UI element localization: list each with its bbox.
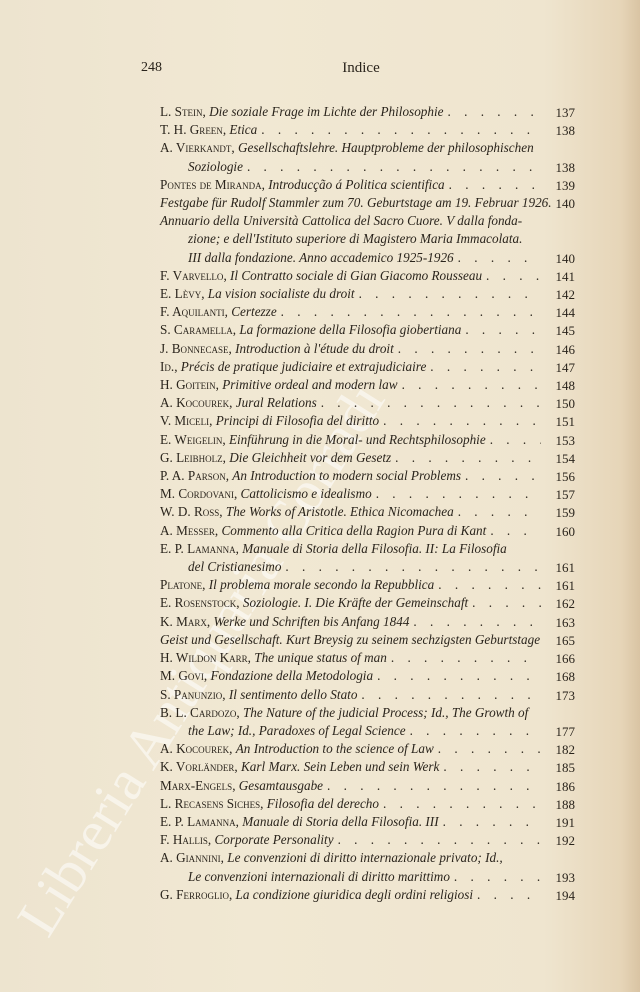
entry-line: G. Ferroglio, La condizione giuridica de… — [160, 886, 541, 904]
entry-line: A. Giannini, Le convenzioni di diritto i… — [160, 849, 541, 867]
leader-dots — [486, 267, 541, 285]
leader-dots — [261, 121, 541, 139]
entry-line: L. Stein, Die soziale Frage im Lichte de… — [160, 103, 541, 121]
entry-page-number: 140 — [547, 195, 575, 213]
entry-title: Manuale di Storia della Filosofia. II: L… — [242, 541, 506, 556]
entry-title: Il sentimento dello Stato — [229, 687, 358, 702]
index-entry: P. A. Parson, An Introduction to modern … — [160, 467, 575, 485]
index-list: L. Stein, Die soziale Frage im Lichte de… — [160, 103, 575, 904]
entry-line: F. Hallis, Corporate Personality — [160, 831, 541, 849]
running-title: Indice — [141, 60, 581, 77]
entry-author: V. Miceli — [160, 413, 209, 428]
entry-page-number: 146 — [547, 341, 575, 359]
index-entry: F. Varvello, Il Contratto sociale di Gia… — [160, 267, 575, 285]
entry-page-number: 138 — [547, 159, 575, 177]
index-entry: A. Kocourek, Jural Relations150 — [160, 394, 575, 412]
leader-dots — [395, 449, 541, 467]
entry-title: Gesamtausgabe — [239, 778, 323, 793]
entry-line: K. Vorländer, Karl Marx. Sein Leben und … — [160, 758, 541, 776]
leader-dots — [490, 522, 541, 540]
leader-dots — [285, 558, 541, 576]
entry-author: Pontes de Miranda — [160, 177, 262, 192]
entry-line: T. H. Green, Etica — [160, 121, 541, 139]
entry-title: Werke und Schriften bis Anfang 1844 — [213, 614, 409, 629]
index-entry: B. L. Cardozo, The Nature of the judicia… — [160, 704, 575, 740]
leader-dots — [247, 158, 541, 176]
entry-title: Introduction à l'étude du droit — [235, 341, 394, 356]
entry-page-number: 165 — [547, 632, 575, 650]
leader-dots — [398, 340, 541, 358]
entry-title: The Nature of the judicial Process; Id.,… — [243, 705, 528, 720]
entry-line: Annuario della Università Cattolica del … — [160, 212, 541, 230]
entry-title: An Introduction to the science of Law — [236, 741, 434, 756]
entry-page-number: 150 — [547, 395, 575, 413]
entry-page-number: 186 — [547, 778, 575, 796]
entry-line: Soziologie — [160, 158, 541, 176]
entry-author: A. Vierkandt — [160, 140, 231, 155]
entry-author: A. Kocourek — [160, 741, 229, 756]
entry-author: Platone — [160, 577, 202, 592]
entry-page-number: 145 — [547, 322, 575, 340]
entry-page-number: 182 — [547, 741, 575, 759]
entry-page-number: 161 — [547, 559, 575, 577]
leader-dots — [458, 249, 541, 267]
leader-dots — [430, 358, 541, 376]
entry-page-number: 162 — [547, 595, 575, 613]
entry-author: J. Bonnecase — [160, 341, 229, 356]
entry-author: F. Hallis — [160, 832, 208, 847]
leader-dots — [458, 503, 541, 521]
entry-author: M. Govi — [160, 668, 204, 683]
entry-author: E. Rosenstock — [160, 595, 236, 610]
index-entry: M. Govi, Fondazione della Metodologia168 — [160, 667, 575, 685]
entry-author: M. Cordovani — [160, 486, 234, 501]
entry-author: A. Kocourek — [160, 395, 229, 410]
entry-author: W. D. Ross — [160, 504, 219, 519]
leader-dots — [383, 412, 541, 430]
entry-author: A. Giannini — [160, 850, 221, 865]
entry-title: Etica — [229, 122, 257, 137]
leader-dots — [376, 485, 541, 503]
entry-author: S. Caramella — [160, 322, 233, 337]
index-entry: K. Marx, Werke und Schriften bis Anfang … — [160, 613, 575, 631]
index-entry: T. H. Green, Etica138 — [160, 121, 575, 139]
entry-title: The Works of Aristotle. Ethica Nicomache… — [226, 504, 454, 519]
entry-line: W. D. Ross, The Works of Aristotle. Ethi… — [160, 503, 541, 521]
leader-dots — [327, 777, 541, 795]
index-entry: E. Lèvy, La vision socialiste du droit14… — [160, 285, 575, 303]
entry-line: V. Miceli, Principi di Filosofia del dir… — [160, 412, 541, 430]
entry-author: H. Goitein — [160, 377, 216, 392]
entry-title: Die soziale Frage im Lichte der Philosop… — [209, 104, 443, 119]
entry-line: Geist und Gesellschaft. Kurt Breysig zu … — [160, 631, 541, 649]
entry-line: E. P. Lamanna, Manuale di Storia della F… — [160, 540, 541, 558]
leader-dots — [443, 758, 541, 776]
entry-title: Geist und Gesellschaft. Kurt Breysig zu … — [160, 632, 540, 647]
index-entry: L. Recasens Siches, Filosofia del derech… — [160, 795, 575, 813]
entry-author: B. L. Cardozo — [160, 705, 236, 720]
index-entry: G. Ferroglio, La condizione giuridica de… — [160, 886, 575, 904]
entry-title: Il Contratto sociale di Gian Giacomo Rou… — [230, 268, 482, 283]
entry-line: the Law; Id., Paradoxes of Legal Science — [160, 722, 541, 740]
entry-line: P. A. Parson, An Introduction to modern … — [160, 467, 541, 485]
entry-line: G. Leibholz, Die Gleichheit vor dem Gese… — [160, 449, 541, 467]
entry-line: del Cristianesimo — [160, 558, 541, 576]
entry-page-number: 148 — [547, 377, 575, 395]
leader-dots — [465, 467, 541, 485]
entry-title: La vision socialiste du droit — [208, 286, 355, 301]
entry-line: K. Marx, Werke und Schriften bis Anfang … — [160, 613, 541, 631]
entry-title: La condizione giuridica degli ordini rel… — [236, 887, 474, 902]
entry-title: Introducção á Politica scientifica — [268, 177, 444, 192]
entry-page-number: 154 — [547, 450, 575, 468]
entry-page-number: 138 — [547, 122, 575, 140]
index-entry: Marx-Engels, Gesamtausgabe186 — [160, 777, 575, 795]
entry-line: F. Varvello, Il Contratto sociale di Gia… — [160, 267, 541, 285]
entry-page-number: 144 — [547, 304, 575, 322]
entry-page-number: 140 — [547, 250, 575, 268]
entry-author: Id. — [160, 359, 174, 374]
entry-line: E. Weigelin, Einführung in die Moral- un… — [160, 431, 541, 449]
entry-title: Soziologie. I. Die Kräfte der Gemeinscha… — [243, 595, 468, 610]
entry-title: Festgabe für Rudolf Stammler zum 70. Geb… — [160, 195, 552, 210]
entry-author: F. Varvello — [160, 268, 223, 283]
entry-title: Einführung in die Moral- und Rechtsphilo… — [229, 432, 486, 447]
entry-line: zione; e dell'Istituto superiore di Magi… — [160, 230, 541, 248]
entry-line: S. Panunzio, Il sentimento dello Stato — [160, 686, 541, 704]
leader-dots — [391, 649, 541, 667]
index-entry: H. Wildon Karr, The unique status of man… — [160, 649, 575, 667]
entry-page-number: 191 — [547, 814, 575, 832]
entry-page-number: 192 — [547, 832, 575, 850]
entry-page-number: 168 — [547, 668, 575, 686]
leader-dots — [465, 321, 541, 339]
entry-line: J. Bonnecase, Introduction à l'étude du … — [160, 340, 541, 358]
entry-page-number: 147 — [547, 359, 575, 377]
leader-dots — [438, 576, 541, 594]
entry-author: G. Leibholz — [160, 450, 223, 465]
entry-title: Principi di Filosofia del diritto — [216, 413, 379, 428]
entry-line: Id., Précis de pratique judiciaire et ex… — [160, 358, 541, 376]
entry-line: M. Govi, Fondazione della Metodologia — [160, 667, 541, 685]
entry-author: E. Lèvy — [160, 286, 201, 301]
entry-title: Précis de pratique judiciaire et extraju… — [181, 359, 427, 374]
leader-dots — [477, 886, 541, 904]
entry-page-number: 139 — [547, 177, 575, 195]
entry-page-number: 177 — [547, 723, 575, 741]
entry-title: del Cristianesimo — [188, 559, 281, 574]
index-entry: Annuario della Università Cattolica del … — [160, 212, 575, 267]
entry-line: Le convenzioni internazionali di diritto… — [160, 868, 541, 886]
entry-line: S. Caramella, La formazione della Filoso… — [160, 321, 541, 339]
entry-line: Pontes de Miranda, Introducção á Politic… — [160, 176, 541, 194]
entry-title: Filosofia del derecho — [267, 796, 379, 811]
entry-author: Marx-Engels — [160, 778, 232, 793]
entry-line: Marx-Engels, Gesamtausgabe — [160, 777, 541, 795]
leader-dots — [490, 431, 541, 449]
leader-dots — [410, 722, 541, 740]
leader-dots — [448, 103, 542, 121]
entry-author: G. Ferroglio — [160, 887, 229, 902]
entry-page-number: 157 — [547, 486, 575, 504]
index-entry: V. Miceli, Principi di Filosofia del dir… — [160, 412, 575, 430]
index-entry: S. Caramella, La formazione della Filoso… — [160, 321, 575, 339]
index-entry: Geist und Gesellschaft. Kurt Breysig zu … — [160, 631, 575, 649]
entry-author: E. P. Lamanna — [160, 814, 236, 829]
entry-title: Jural Relations — [236, 395, 317, 410]
entry-page-number: 185 — [547, 759, 575, 777]
leader-dots — [321, 394, 541, 412]
entry-title: Le convenzioni internazionali di diritto… — [188, 869, 450, 884]
entry-page-number: 142 — [547, 286, 575, 304]
index-entry: J. Bonnecase, Introduction à l'étude du … — [160, 340, 575, 358]
entry-page-number: 137 — [547, 104, 575, 122]
index-entry: Festgabe für Rudolf Stammler zum 70. Geb… — [160, 194, 575, 212]
leader-dots — [413, 613, 541, 631]
entry-title: Gesellschaftslehre. Hauptprobleme der ph… — [238, 140, 534, 155]
leader-dots — [338, 831, 541, 849]
entry-page-number: 151 — [547, 413, 575, 431]
entry-page-number: 194 — [547, 887, 575, 905]
leader-dots — [281, 303, 541, 321]
index-entry: E. P. Lamanna, Manuale di Storia della F… — [160, 813, 575, 831]
entry-author: K. Vorländer — [160, 759, 234, 774]
entry-page-number: 160 — [547, 523, 575, 541]
entry-title: La formazione della Filosofia giobertian… — [239, 322, 461, 337]
index-entry: M. Cordovani, Cattolicismo e idealismo15… — [160, 485, 575, 503]
index-entry: S. Panunzio, Il sentimento dello Stato17… — [160, 686, 575, 704]
index-entry: H. Goitein, Primitive ordeal and modern … — [160, 376, 575, 394]
index-entry: E. P. Lamanna, Manuale di Storia della F… — [160, 540, 575, 576]
entry-title: Il problema morale secondo la Repubblica — [209, 577, 435, 592]
entry-author: T. H. Green — [160, 122, 223, 137]
index-entry: E. Weigelin, Einführung in die Moral- un… — [160, 431, 575, 449]
entry-line: E. P. Lamanna, Manuale di Storia della F… — [160, 813, 541, 831]
index-entry: Id., Précis de pratique judiciaire et ex… — [160, 358, 575, 376]
entry-line: E. Rosenstock, Soziologie. I. Die Kräfte… — [160, 594, 541, 612]
index-entry: W. D. Ross, The Works of Aristotle. Ethi… — [160, 503, 575, 521]
entry-page-number: 156 — [547, 468, 575, 486]
entry-author: L. Stein — [160, 104, 202, 119]
entry-title: Annuario della Università Cattolica del … — [160, 213, 522, 228]
leader-dots — [359, 285, 541, 303]
index-entry: F. Hallis, Corporate Personality192 — [160, 831, 575, 849]
entry-line: H. Wildon Karr, The unique status of man — [160, 649, 541, 667]
entry-page-number: 153 — [547, 432, 575, 450]
index-entry: A. Giannini, Le convenzioni di diritto i… — [160, 849, 575, 885]
entry-author: E. P. Lamanna — [160, 541, 236, 556]
entry-line: E. Lèvy, La vision socialiste du droit — [160, 285, 541, 303]
entry-line: L. Recasens Siches, Filosofia del derech… — [160, 795, 541, 813]
leader-dots — [402, 376, 541, 394]
entry-line: F. Aquilanti, Certezze — [160, 303, 541, 321]
index-entry: K. Vorländer, Karl Marx. Sein Leben und … — [160, 758, 575, 776]
entry-title: Karl Marx. Sein Leben und sein Werk — [241, 759, 439, 774]
entry-page-number: 193 — [547, 869, 575, 887]
entry-author: E. Weigelin — [160, 432, 222, 447]
entry-line: Festgabe für Rudolf Stammler zum 70. Geb… — [160, 194, 541, 212]
index-entry: F. Aquilanti, Certezze144 — [160, 303, 575, 321]
entry-author: A. Messer — [160, 523, 215, 538]
entry-page-number: 173 — [547, 687, 575, 705]
leader-dots — [361, 686, 541, 704]
entry-line: M. Cordovani, Cattolicismo e idealismo — [160, 485, 541, 503]
entry-line: Platone, Il problema morale secondo la R… — [160, 576, 541, 594]
entry-line: B. L. Cardozo, The Nature of the judicia… — [160, 704, 541, 722]
entry-author: H. Wildon Karr — [160, 650, 248, 665]
entry-title: An Introduction to modern social Problem… — [232, 468, 461, 483]
entry-title: Manuale di Storia della Filosofia. III — [242, 814, 438, 829]
entry-title: III dalla fondazione. Anno accademico 19… — [188, 250, 454, 265]
index-entry: L. Stein, Die soziale Frage im Lichte de… — [160, 103, 575, 121]
index-entry: A. Kocourek, An Introduction to the scie… — [160, 740, 575, 758]
entry-title: Soziologie — [188, 159, 243, 174]
leader-dots — [449, 176, 541, 194]
entry-title: Certezze — [231, 304, 276, 319]
index-entry: Pontes de Miranda, Introducção á Politic… — [160, 176, 575, 194]
entry-line: H. Goitein, Primitive ordeal and modern … — [160, 376, 541, 394]
entry-title: Fondazione della Metodologia — [210, 668, 373, 683]
entry-line: III dalla fondazione. Anno accademico 19… — [160, 249, 541, 267]
leader-dots — [383, 795, 541, 813]
entry-author: L. Recasens Siches — [160, 796, 260, 811]
entry-title: Commento alla Critica della Ragion Pura … — [221, 523, 486, 538]
index-entry: A. Vierkandt, Gesellschaftslehre. Hauptp… — [160, 139, 575, 175]
entry-title: Le convenzioni di diritto internazionale… — [227, 850, 502, 865]
entry-line: A. Messer, Commento alla Critica della R… — [160, 522, 541, 540]
entry-line: A. Kocourek, Jural Relations — [160, 394, 541, 412]
leader-dots — [438, 740, 541, 758]
entry-title: The unique status of man — [254, 650, 387, 665]
index-entry: A. Messer, Commento alla Critica della R… — [160, 522, 575, 540]
leader-dots — [443, 813, 541, 831]
index-entry: Platone, Il problema morale secondo la R… — [160, 576, 575, 594]
entry-title: Die Gleichheit vor dem Gesetz — [229, 450, 391, 465]
entry-page-number: 141 — [547, 268, 575, 286]
entry-title: the Law; Id., Paradoxes of Legal Science — [188, 723, 406, 738]
entry-title: zione; e dell'Istituto superiore di Magi… — [188, 231, 522, 246]
entry-page-number: 161 — [547, 577, 575, 595]
entry-title: Corporate Personality — [215, 832, 334, 847]
entry-line: A. Vierkandt, Gesellschaftslehre. Hauptp… — [160, 139, 541, 157]
entry-page-number: 163 — [547, 614, 575, 632]
entry-title: Cattolicismo e idealismo — [241, 486, 372, 501]
entry-line: A. Kocourek, An Introduction to the scie… — [160, 740, 541, 758]
entry-author: P. A. Parson — [160, 468, 226, 483]
page-header: 248 Indice — [141, 60, 581, 80]
entry-author: S. Panunzio — [160, 687, 222, 702]
entry-author: F. Aquilanti — [160, 304, 225, 319]
entry-page-number: 188 — [547, 796, 575, 814]
index-entry: E. Rosenstock, Soziologie. I. Die Kräfte… — [160, 594, 575, 612]
entry-page-number: 166 — [547, 650, 575, 668]
entry-page-number: 159 — [547, 504, 575, 522]
entry-author: K. Marx — [160, 614, 207, 629]
leader-dots — [472, 594, 541, 612]
leader-dots — [377, 667, 541, 685]
leader-dots — [454, 868, 541, 886]
entry-title: Primitive ordeal and modern law — [222, 377, 397, 392]
index-entry: G. Leibholz, Die Gleichheit vor dem Gese… — [160, 449, 575, 467]
